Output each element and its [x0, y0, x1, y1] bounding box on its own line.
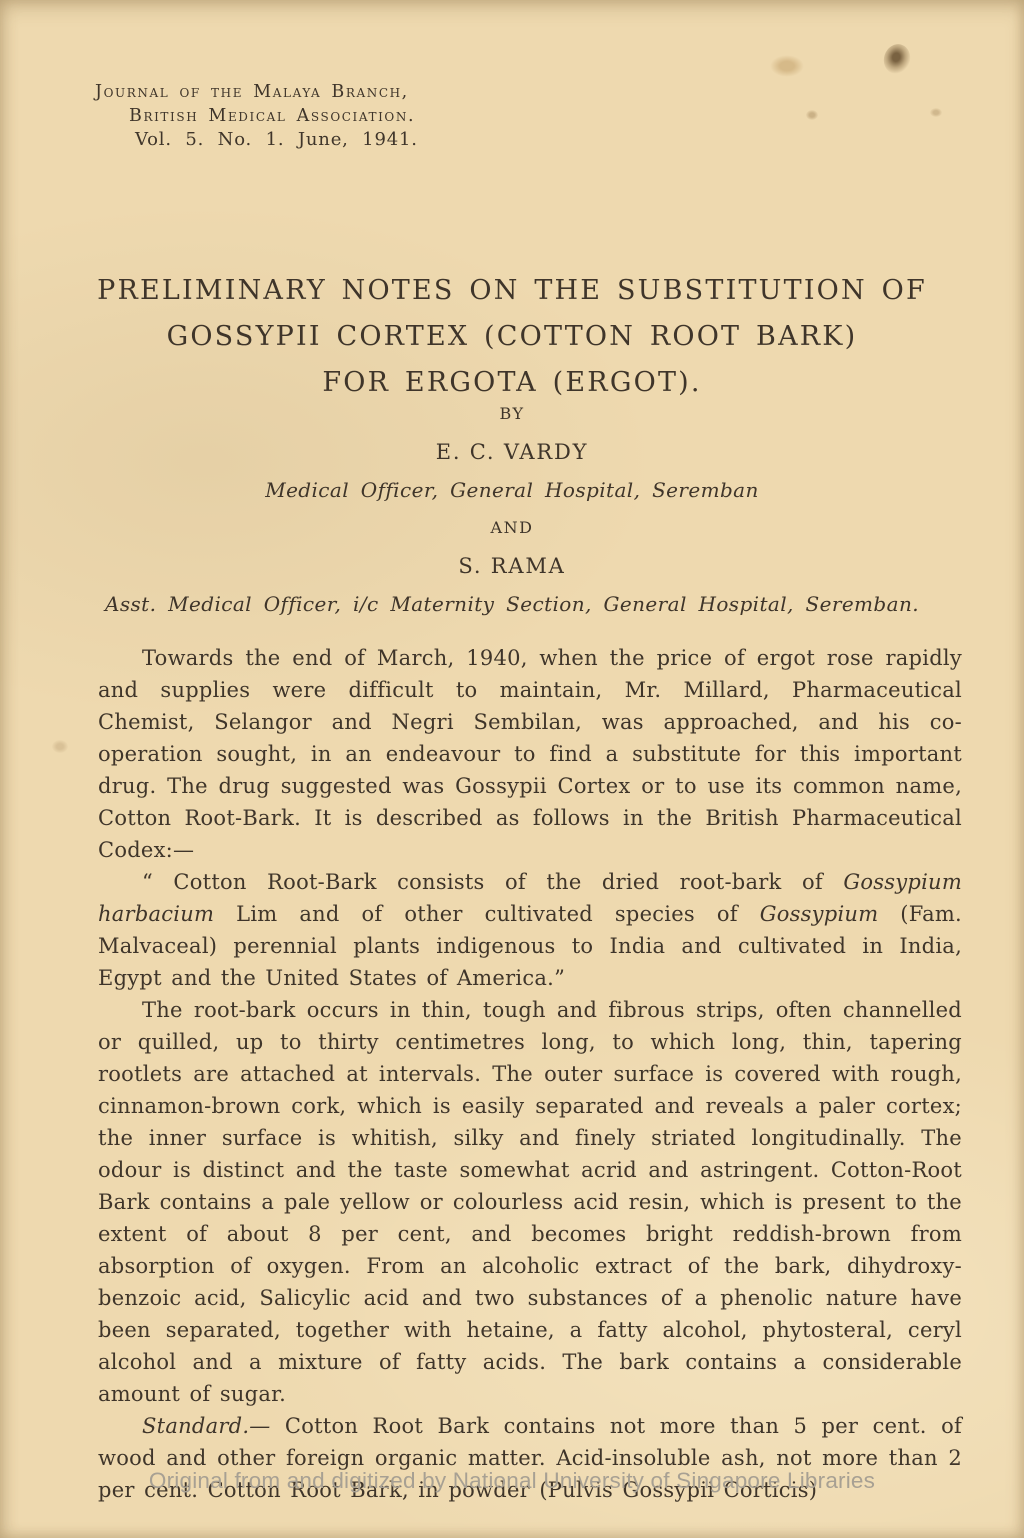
codex-quote-open: “ Cotton Root-Bark consists of the dried…: [142, 870, 843, 894]
species-name: Gossypium: [760, 902, 879, 926]
author2-name: S. RAMA: [0, 554, 1024, 578]
paper-speckle: [806, 110, 818, 120]
scanned-journal-page: Journal of the Malaya Branch, British Me…: [0, 0, 1024, 1538]
journal-header: Journal of the Malaya Branch, British Me…: [95, 80, 418, 152]
article-title-line2: GOSSYPII CORTEX (COTTON ROOT BARK): [0, 314, 1024, 360]
article-title-line3: FOR ERGOTA (ERGOT).: [0, 360, 1024, 406]
journal-name-line2: British Medical Association.: [129, 104, 418, 128]
paper-speckle: [930, 108, 942, 117]
paragraph-introduction-text: Towards the end of March, 1940, when the…: [98, 646, 962, 862]
author1-name: E. C. VARDY: [0, 440, 1024, 464]
journal-name-line1: Journal of the Malaya Branch,: [95, 80, 418, 104]
standard-lead-in: Standard.—: [142, 1414, 271, 1438]
paper-speckle: [52, 740, 68, 753]
and-label: AND: [0, 518, 1024, 537]
paragraph-description: The root-bark occurs in thin, tough and …: [98, 994, 962, 1410]
by-label: BY: [0, 404, 1024, 423]
author1-affiliation: Medical Officer, General Hospital, Serem…: [0, 478, 1024, 502]
ink-stain: [880, 41, 914, 78]
author2-affiliation: Asst. Medical Officer, i/c Maternity Sec…: [0, 592, 1024, 616]
byline: BY E. C. VARDY Medical Officer, General …: [0, 404, 1024, 616]
article-title-line1: PRELIMINARY NOTES ON THE SUBSTITUTION OF: [0, 268, 1024, 314]
digitization-credit: Original from and digitized by National …: [0, 1468, 1024, 1494]
article-body: Towards the end of March, 1940, when the…: [98, 642, 962, 1506]
paper-speckle: [770, 55, 804, 77]
volume-issue-date: Vol. 5. No. 1. June, 1941.: [135, 128, 418, 152]
paragraph-codex-quote: “ Cotton Root-Bark consists of the dried…: [98, 866, 962, 994]
paragraph-introduction: Towards the end of March, 1940, when the…: [98, 642, 962, 866]
paragraph-description-text: The root-bark occurs in thin, tough and …: [98, 998, 962, 1406]
article-title: PRELIMINARY NOTES ON THE SUBSTITUTION OF…: [0, 268, 1024, 406]
codex-quote-middle: Lim and of other cultivated species of: [214, 902, 759, 926]
